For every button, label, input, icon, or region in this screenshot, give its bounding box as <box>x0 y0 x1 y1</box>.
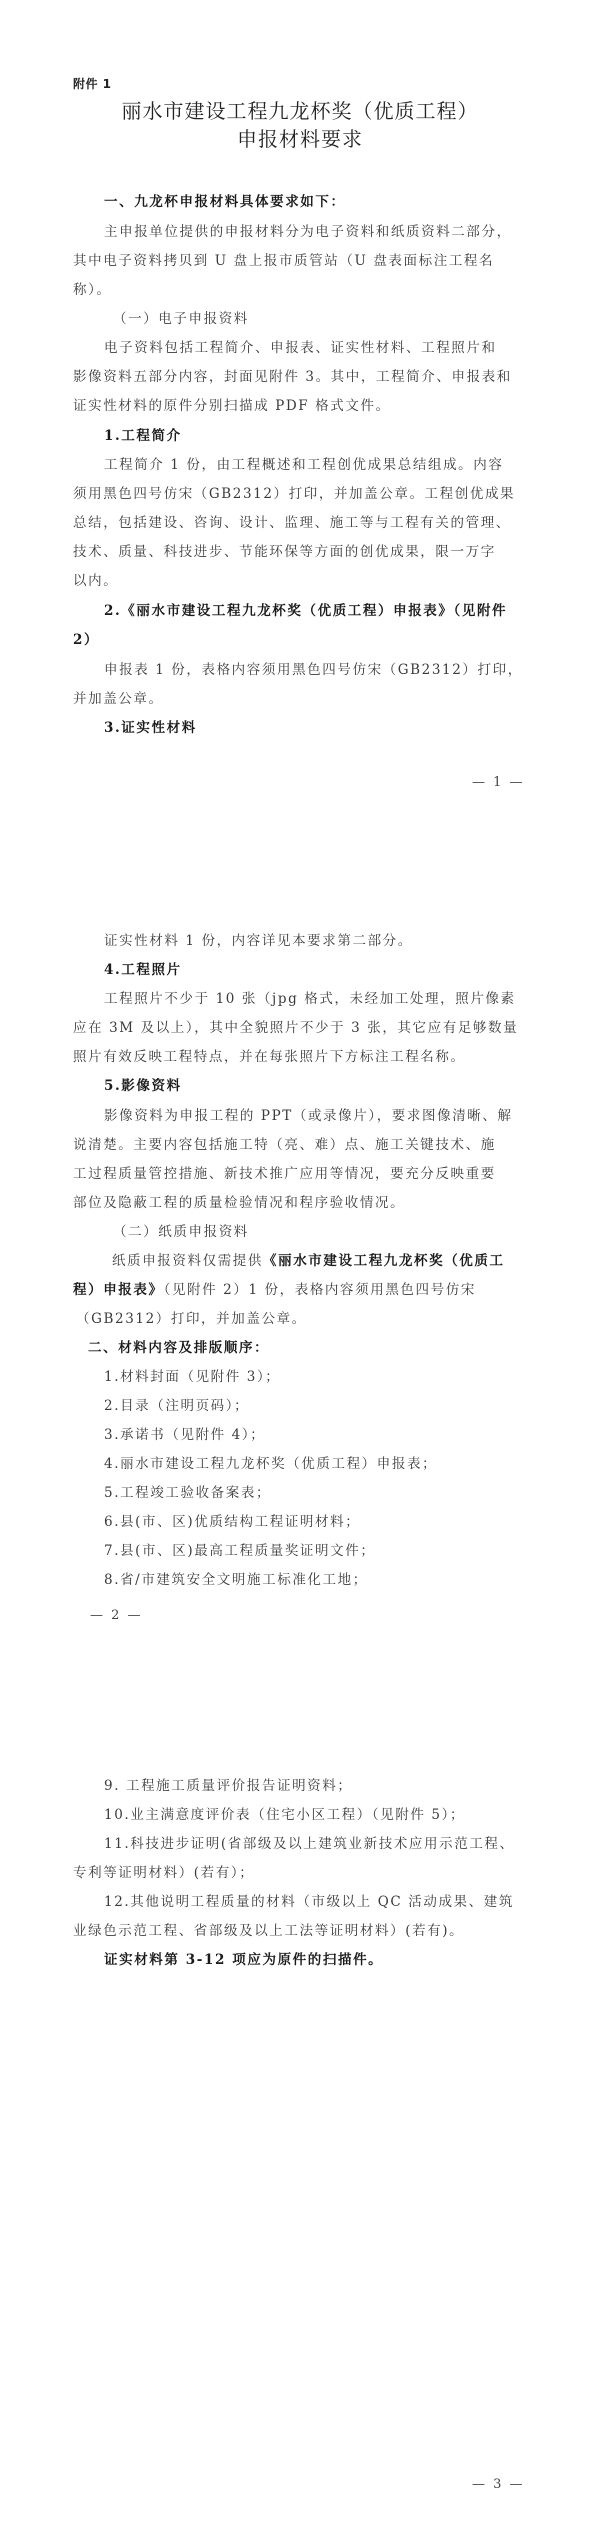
paragraph-line: 电子资料包括工程简介、申报表、证实性材料、工程照片和 <box>104 338 600 358</box>
paragraph-line: 工程简介 1 份，由工程概述和工程创优成果总结组成。内容 <box>104 455 600 475</box>
paragraph-line: 工程照片不少于 10 张（jpg 格式，未经加工处理，照片像素 <box>104 989 600 1009</box>
paragraph-line: 以内。 <box>73 571 600 591</box>
paragraph-line: 证实性材料的原件分别扫描成 PDF 格式文件。 <box>73 396 600 416</box>
item2-heading-line2: 2） <box>73 630 600 650</box>
paragraph-line: 照片有效反映工程特点，并在每张照片下方标注工程名称。 <box>73 1047 600 1067</box>
list-item-continuation: 专利等证明材料）(若有）； <box>73 1863 600 1883</box>
list-item: 2.目录（注明页码）； <box>104 1396 600 1416</box>
paragraph-line: 须用黑色四号仿宋（GB2312）打印，并加盖公章。工程创优成果 <box>73 484 600 504</box>
list-item: 12.其他说明工程质量的材料（市级以上 QC 活动成果、建筑 <box>104 1892 600 1912</box>
paragraph-line: 并加盖公章。 <box>73 689 600 709</box>
paragraph-line: （GB2312）打印，并加盖公章。 <box>76 1309 600 1329</box>
list-item: 4.丽水市建设工程九龙杯奖（优质工程）申报表； <box>104 1454 600 1474</box>
list-item-continuation: 业绿色示范工程、省部级及以上工法等证明材料）(若有)。 <box>73 1921 600 1941</box>
list-item: 5.工程竣工验收备案表； <box>104 1483 600 1503</box>
page-number-1: — 1 — <box>472 775 525 790</box>
item3-heading: 3.证实性材料 <box>104 718 600 738</box>
subsection-heading-electronic: （一）电子申报资料 <box>113 309 600 329</box>
paragraph-line: 工过程质量管控措施、新技术推广应用等情况，要充分反映重要 <box>73 1164 600 1184</box>
scan-note: 证实材料第 3-12 项应为原件的扫描件。 <box>104 1950 600 1970</box>
attachment-label: 附件 1 <box>73 74 600 94</box>
list-item: 7.县(市、区)最高工程质量奖证明文件； <box>104 1541 600 1561</box>
paragraph-line: 申报表 1 份，表格内容须用黑色四号仿宋（GB2312）打印， <box>104 660 600 680</box>
list-item: 9. 工程施工质量评价报告证明资料； <box>104 1776 600 1796</box>
paragraph-line: 技术、质量、科技进步、节能环保等方面的创优成果，限一万字 <box>73 542 600 562</box>
paragraph-line: 影像资料为申报工程的 PPT（或录像片），要求图像清晰、解 <box>104 1106 600 1126</box>
paragraph-line: 纸质申报资料仅需提供《丽水市建设工程九龙杯奖（优质工 <box>112 1251 600 1271</box>
item2-heading-line1: 2.《丽水市建设工程九龙杯奖（优质工程）申报表》（见附件 <box>104 601 600 621</box>
paragraph-line: 应在 3M 及以上），其中全貌照片不少于 3 张，其它应有足够数量 <box>73 1018 600 1038</box>
list-item: 10.业主满意度评价表（住宅小区工程）（见附件 5）； <box>104 1805 600 1825</box>
list-item: 8.省/市建筑安全文明施工标准化工地； <box>104 1570 600 1590</box>
list-item: 11.科技进步证明(省部级及以上建筑业新技术应用示范工程、 <box>104 1834 600 1854</box>
list-item: 1.材料封面（见附件 3）； <box>104 1367 600 1387</box>
paper-line1-text: 纸质申报资料仅需提供 <box>112 1253 263 1269</box>
paragraph-line: 主申报单位提供的申报材料分为电子资料和纸质资料二部分， <box>104 222 600 242</box>
paragraph-line: 证实性材料 1 份，内容详见本要求第二部分。 <box>104 931 600 951</box>
paragraph-line: 部位及隐蔽工程的质量检验情况和程序验收情况。 <box>73 1193 600 1213</box>
item5-heading: 5.影像资料 <box>104 1076 600 1096</box>
paper-line2-text: （见附件 2）1 份，表格内容须用黑色四号仿宋 <box>164 1282 476 1298</box>
list-item: 6.县(市、区)优质结构工程证明材料； <box>104 1512 600 1532</box>
page-number-2: — 2 — <box>90 1608 143 1623</box>
item4-heading: 4.工程照片 <box>104 960 600 980</box>
paragraph-line: 程）申报表》（见附件 2）1 份，表格内容须用黑色四号仿宋 <box>73 1280 600 1300</box>
item1-heading: 1.工程简介 <box>104 426 600 446</box>
section1-heading: 一、九龙杯申报材料具体要求如下： <box>104 192 600 212</box>
paragraph-line: 称）。 <box>73 280 600 300</box>
paragraph-line: 说清楚。主要内容包括施工特（亮、难）点、施工关键技术、施 <box>73 1135 600 1155</box>
form-title-bold: 程）申报表》 <box>73 1282 164 1298</box>
section2-heading: 二、材料内容及排版顺序： <box>88 1338 600 1358</box>
list-item: 3.承诺书（见附件 4）； <box>104 1425 600 1445</box>
page-number-3: — 3 — <box>472 2477 525 2492</box>
form-title-bold: 《丽水市建设工程九龙杯奖（优质工 <box>263 1253 505 1269</box>
paragraph-line: 影像资料五部分内容，封面见附件 3。其中，工程简介、申报表和 <box>73 367 600 387</box>
subsection-heading-paper: （二）纸质申报资料 <box>113 1222 600 1242</box>
paragraph-line: 总结，包括建设、咨询、设计、监理、施工等与工程有关的管理、 <box>73 513 600 533</box>
document-title-line2: 申报材料要求 <box>0 126 600 152</box>
document-title-line1: 丽水市建设工程九龙杯奖（优质工程） <box>0 98 600 124</box>
paragraph-line: 其中电子资料拷贝到 U 盘上报市质管站（U 盘表面标注工程名 <box>73 251 600 271</box>
